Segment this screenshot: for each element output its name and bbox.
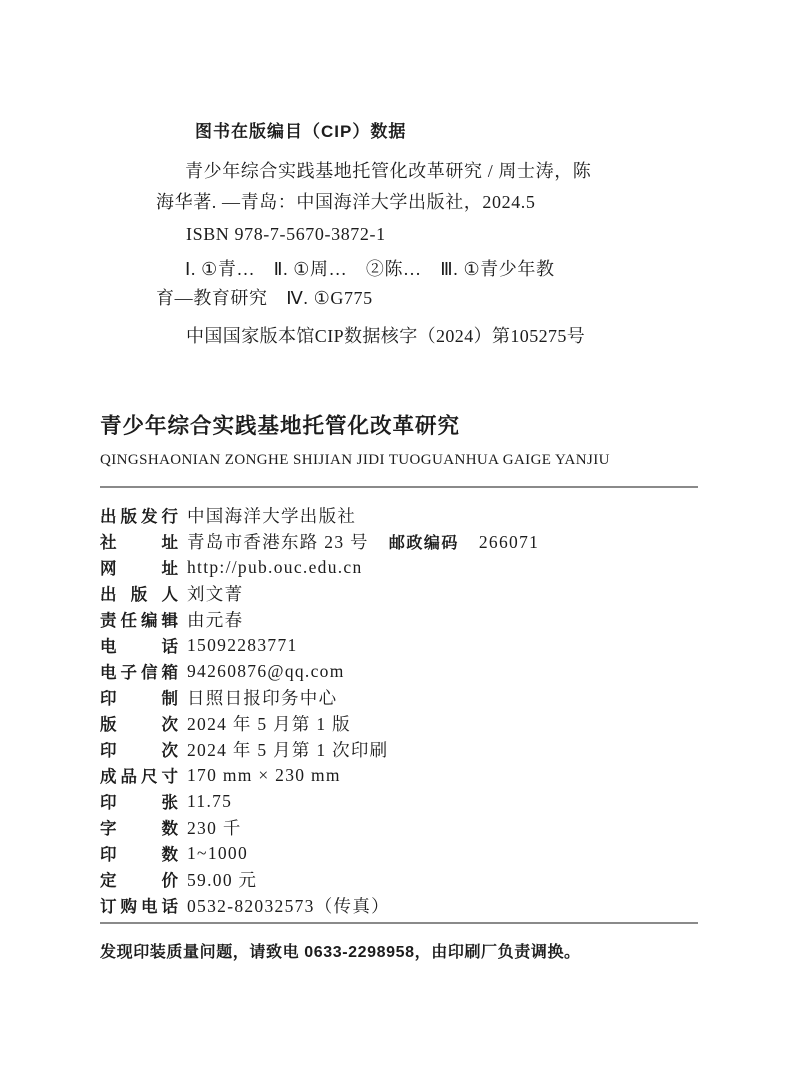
row-label: 网址 bbox=[100, 555, 178, 579]
row-label: 社址 bbox=[100, 529, 178, 553]
colophon-row: 网址 http://pub.ouc.edu.cn bbox=[100, 554, 720, 580]
row-label: 成品尺寸 bbox=[100, 763, 178, 787]
cip-classification: Ⅰ. ①青… Ⅱ. ①周… ②陈… Ⅲ. ①青少年教 育—教育研究 Ⅳ. ①G7… bbox=[156, 255, 646, 313]
row-label: 电话 bbox=[100, 633, 178, 657]
row-extra: 邮政编码 266071 bbox=[389, 530, 539, 553]
colophon-row: 责任编辑 由元春 bbox=[100, 606, 720, 632]
colophon-row: 印制 日照日报印务中心 bbox=[100, 684, 720, 710]
colophon-row: 印次 2024 年 5 月第 1 次印刷 bbox=[100, 736, 720, 762]
colophon-row: 印数 1~1000 bbox=[100, 840, 720, 866]
cip-classification-line1: Ⅰ. ①青… Ⅱ. ①周… ②陈… Ⅲ. ①青少年教 bbox=[156, 255, 646, 284]
row-value: 59.00 元 bbox=[187, 867, 257, 892]
row-value: 青岛市香港东路 23 号 bbox=[187, 529, 369, 554]
row-value: http://pub.ouc.edu.cn bbox=[187, 557, 363, 578]
copyright-page: 图书在版编目（CIP）数据 青少年综合实践基地托管化改革研究 / 周士涛，陈 海… bbox=[0, 0, 799, 1073]
cip-isbn: ISBN 978-7-5670-3872-1 bbox=[186, 222, 646, 247]
cip-description-line1: 青少年综合实践基地托管化改革研究 / 周士涛，陈 bbox=[156, 156, 646, 187]
colophon-row: 版次 2024 年 5 月第 1 版 bbox=[100, 710, 720, 736]
cip-classification-line2: 育—教育研究 Ⅳ. ①G775 bbox=[156, 284, 646, 313]
row-value: 日照日报印务中心 bbox=[187, 685, 337, 710]
row-label: 电子信箱 bbox=[100, 659, 178, 683]
row-label: 出版发行 bbox=[100, 503, 178, 527]
cip-block: 图书在版编目（CIP）数据 青少年综合实践基地托管化改革研究 / 周士涛，陈 海… bbox=[156, 121, 646, 349]
row-value: 11.75 bbox=[187, 791, 232, 812]
row-value: 0532-82032573（传真） bbox=[187, 893, 390, 918]
book-title: 青少年综合实践基地托管化改革研究 bbox=[100, 412, 460, 440]
row-extra-value: 266071 bbox=[479, 532, 539, 552]
colophon-row: 成品尺寸 170 mm × 230 mm bbox=[100, 762, 720, 788]
colophon-row: 订购电话 0532-82032573（传真） bbox=[100, 892, 720, 918]
cip-heading: 图书在版编目（CIP）数据 bbox=[195, 121, 646, 143]
row-value: 170 mm × 230 mm bbox=[187, 765, 341, 786]
row-value: 230 千 bbox=[187, 815, 242, 840]
row-value: 2024 年 5 月第 1 次印刷 bbox=[187, 737, 388, 762]
colophon-row: 社址 青岛市香港东路 23 号 邮政编码 266071 bbox=[100, 528, 720, 554]
cip-description: 青少年综合实践基地托管化改革研究 / 周士涛，陈 海华著. —青岛：中国海洋大学… bbox=[156, 156, 646, 218]
row-label: 字数 bbox=[100, 815, 178, 839]
colophon-row: 字数 230 千 bbox=[100, 814, 720, 840]
row-label: 印次 bbox=[100, 737, 178, 761]
row-label: 责任编辑 bbox=[100, 607, 178, 631]
row-label: 出版人 bbox=[100, 581, 178, 605]
colophon-row: 电子信箱 94260876@qq.com bbox=[100, 658, 720, 684]
colophon-table: 出版发行 中国海洋大学出版社 社址 青岛市香港东路 23 号 邮政编码 2660… bbox=[100, 502, 720, 918]
row-value: 2024 年 5 月第 1 版 bbox=[187, 711, 351, 736]
row-value: 1~1000 bbox=[187, 843, 248, 864]
row-label: 印张 bbox=[100, 789, 178, 813]
row-extra-label: 邮政编码 bbox=[389, 535, 459, 552]
colophon-row: 定价 59.00 元 bbox=[100, 866, 720, 892]
row-label: 印制 bbox=[100, 685, 178, 709]
cip-description-line2: 海华著. —青岛：中国海洋大学出版社，2024.5 bbox=[156, 187, 646, 218]
colophon-row: 电话 15092283771 bbox=[100, 632, 720, 658]
row-label: 定价 bbox=[100, 867, 178, 891]
row-label: 订购电话 bbox=[100, 893, 178, 917]
row-value: 由元春 bbox=[187, 607, 243, 632]
colophon-row: 出版发行 中国海洋大学出版社 bbox=[100, 502, 720, 528]
divider-bottom bbox=[100, 922, 698, 924]
print-quality-note: 发现印装质量问题，请致电 0633-2298958，由印刷厂负责调换。 bbox=[100, 939, 581, 962]
cip-record-number: 中国国家版本馆CIP数据核字（2024）第105275号 bbox=[186, 323, 646, 349]
colophon-row: 印张 11.75 bbox=[100, 788, 720, 814]
divider-top bbox=[100, 486, 698, 488]
row-value: 刘文菁 bbox=[187, 581, 243, 606]
row-value: 中国海洋大学出版社 bbox=[187, 503, 356, 528]
row-value: 15092283771 bbox=[187, 635, 298, 656]
row-label: 版次 bbox=[100, 711, 178, 735]
row-label: 印数 bbox=[100, 841, 178, 865]
row-value: 94260876@qq.com bbox=[187, 661, 345, 682]
colophon-row: 出版人 刘文菁 bbox=[100, 580, 720, 606]
book-title-pinyin: QINGSHAONIAN ZONGHE SHIJIAN JIDI TUOGUAN… bbox=[100, 450, 610, 470]
